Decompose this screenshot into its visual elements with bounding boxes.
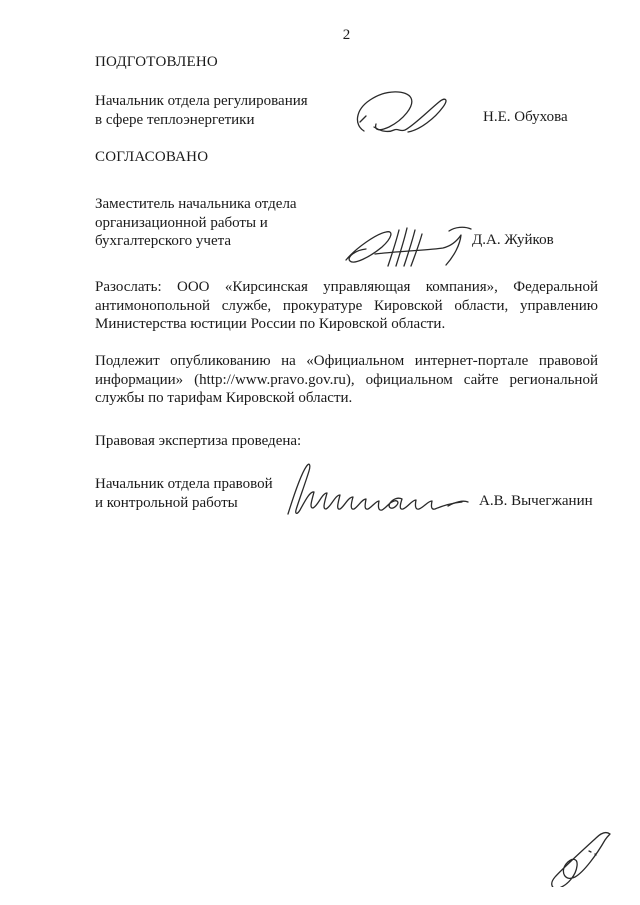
distribution-line: Министерства юстиции России по Кировской…: [95, 315, 598, 334]
agreed-signer-name: Д.А. Жуйков: [472, 231, 554, 250]
agreed-role-line: бухгалтерского учета: [95, 232, 297, 251]
legal-review-signer-name: А.В. Вычегжанин: [479, 492, 593, 511]
signature-stroke: [449, 227, 471, 231]
signature-stroke: [360, 116, 366, 122]
publication-line: службы по тарифам Кировской области.: [95, 389, 598, 408]
paraph-stroke: [589, 851, 591, 852]
paraph-stroke: [595, 854, 596, 855]
prepared-role-line: в сфере теплоэнергетики: [95, 111, 308, 130]
publication-paragraph: Подлежит опубликованию на «Официальном и…: [95, 352, 598, 408]
agreed-role-line: организационной работы и: [95, 214, 297, 233]
prepared-role-line: Начальник отдела регулирования: [95, 92, 308, 111]
signature-stroke: [375, 235, 461, 265]
signature-obukhova-image: [350, 89, 458, 141]
legal-review-role: Начальник отдела правовой и контрольной …: [95, 475, 273, 512]
paraph-stroke: [552, 833, 610, 887]
page-number: 2: [95, 26, 598, 45]
signature-stroke: [288, 464, 462, 514]
distribution-line: антимонопольной службе, прокуратуре Киро…: [95, 297, 598, 316]
paraph-mark-image: [545, 827, 615, 887]
legal-review-role-line: и контрольной работы: [95, 494, 273, 513]
prepared-signer-name: Н.Е. Обухова: [483, 108, 568, 127]
prepared-role: Начальник отдела регулирования в сфере т…: [95, 92, 308, 129]
agreed-role-line: Заместитель начальника отдела: [95, 195, 297, 214]
agreed-heading: СОГЛАСОВАНО: [95, 148, 208, 167]
document-page: 2 ПОДГОТОВЛЕНО Начальник отдела регулиро…: [0, 0, 640, 905]
legal-review-role-line: Начальник отдела правовой: [95, 475, 273, 494]
signature-stroke: [374, 99, 446, 132]
signature-zhuykov-image: [343, 221, 478, 271]
signature-stroke: [357, 92, 411, 131]
prepared-heading: ПОДГОТОВЛЕНО: [95, 53, 218, 72]
distribution-line: Разослать: ООО «Кирсинская управляющая к…: [95, 278, 598, 297]
signature-stroke: [346, 232, 391, 262]
signature-vychegzhanin-image: [282, 462, 472, 518]
distribution-paragraph: Разослать: ООО «Кирсинская управляющая к…: [95, 278, 598, 334]
agreed-role: Заместитель начальника отдела организаци…: [95, 195, 297, 251]
legal-review-statement: Правовая экспертиза проведена:: [95, 432, 301, 451]
publication-line: информации» (http://www.pravo.gov.ru), о…: [95, 371, 598, 390]
publication-line: Подлежит опубликованию на «Официальном и…: [95, 352, 598, 371]
